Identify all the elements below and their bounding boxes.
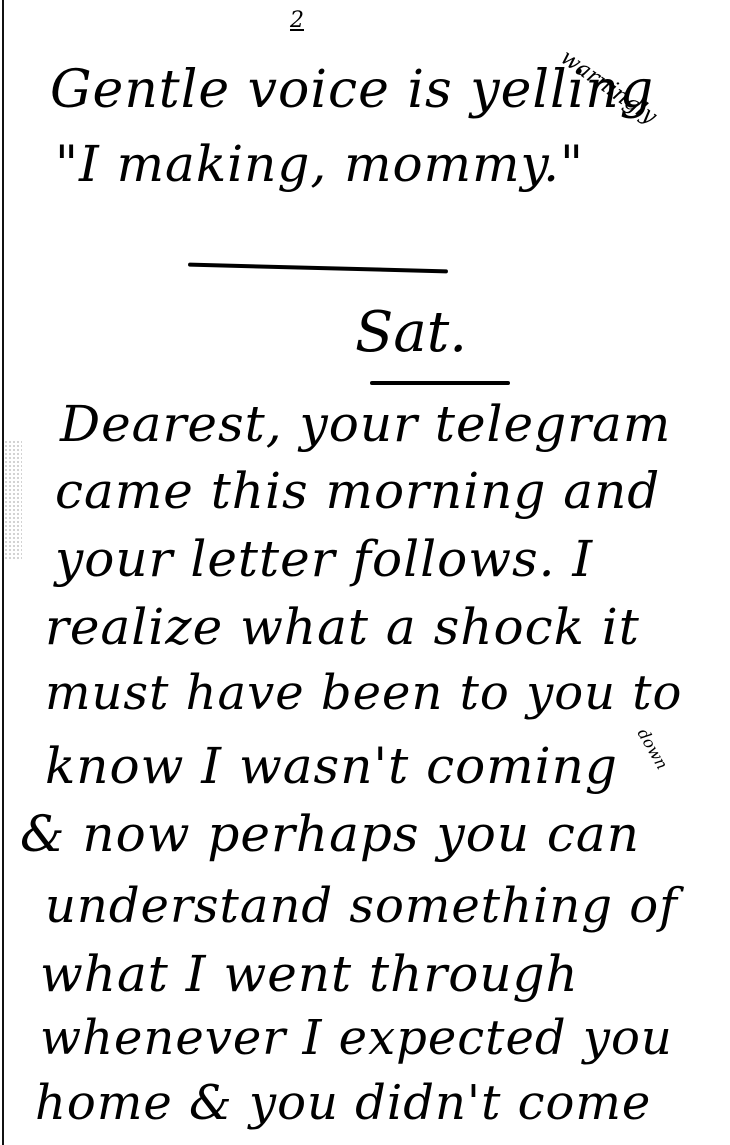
continuation-line-1: Gentle voice is yelling <box>50 60 654 120</box>
continuation-line-2: "I making, mommy." <box>55 135 584 193</box>
page-left-border <box>2 0 4 1145</box>
letter-line-1: Dearest, your telegram <box>60 395 671 453</box>
page-number: 2 <box>290 8 304 33</box>
scan-noise <box>4 440 22 560</box>
letter-line-3: your letter follows. I <box>55 530 593 588</box>
letter-line-2: came this morning and <box>55 462 660 520</box>
heading-underline <box>370 381 510 385</box>
letter-line-9: what I went through <box>40 945 579 1003</box>
letter-line-5: must have been to you to <box>45 665 682 721</box>
letter-line-6: know I wasn't coming <box>45 737 618 795</box>
letter-page: 2 warningly Gentle voice is yelling "I m… <box>0 0 730 1145</box>
letter-line-8: understand something of <box>45 878 678 934</box>
section-divider-rule <box>188 263 448 274</box>
letter-line-11: home & you didn't come <box>35 1075 651 1131</box>
letter-line-4: realize what a shock it <box>45 598 640 656</box>
letter-line-7: & now perhaps you can <box>20 805 640 863</box>
margin-annotation-down: down <box>634 725 672 772</box>
section-heading-day: Sat. <box>355 300 467 365</box>
letter-line-10: whenever I expected you <box>40 1010 673 1066</box>
